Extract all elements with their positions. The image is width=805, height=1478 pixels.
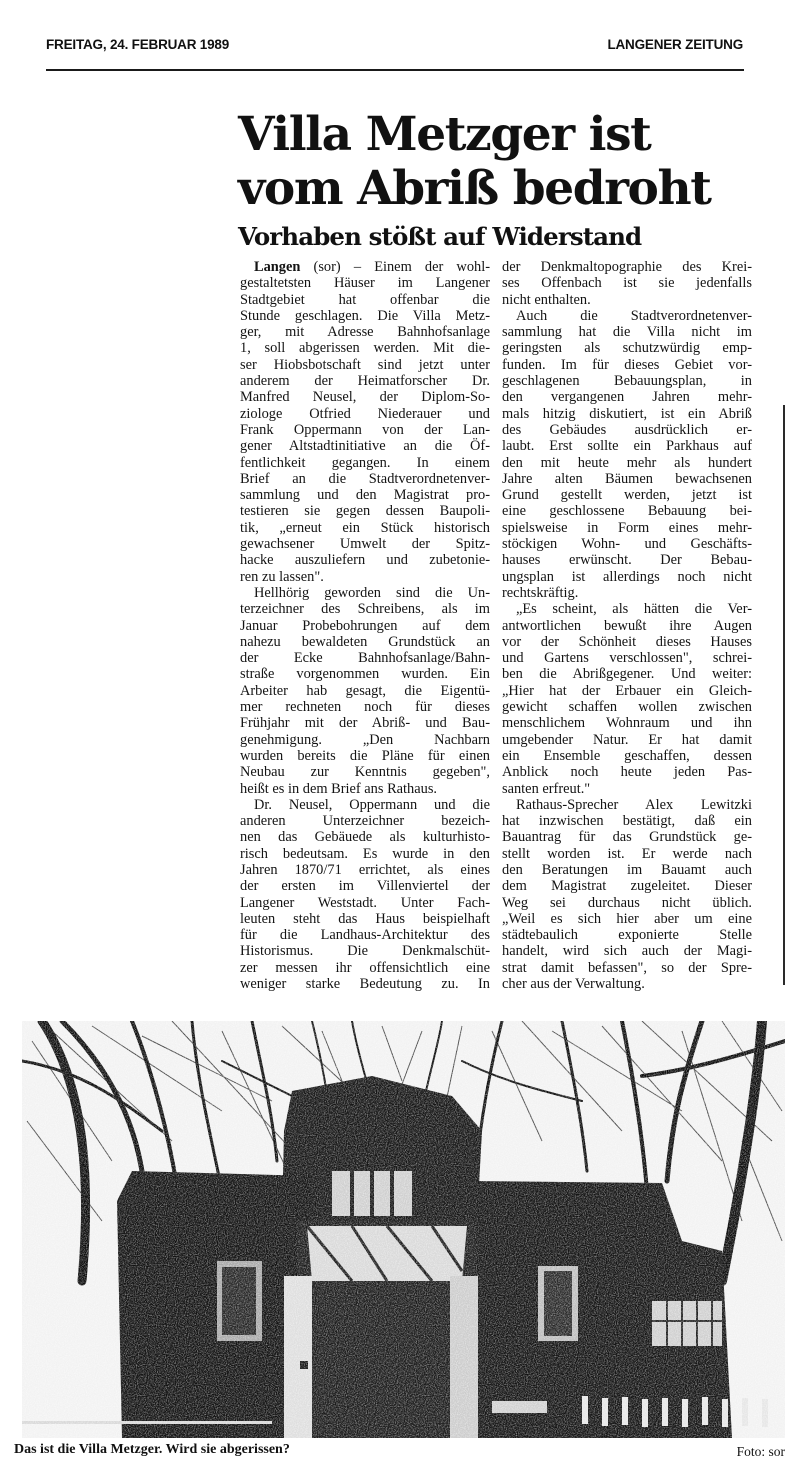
article-line: handelt, wird sich auch der Magi- [502,943,752,959]
article-line: ses Offenbach ist sie jedenfalls [502,275,752,291]
article-line: „Es scheint, als hätten die Ver- [502,601,752,617]
article-line: Historismus. Die Denkmalschüt- [240,943,490,959]
headline-line-2: vom Abriß bedroht [238,161,711,216]
article-line: umgebender Natur. Er hat damit [502,732,752,748]
article-line: Weg sei durchaus nicht üblich. [502,895,752,911]
article-line: geringsten als schutzwürdig emp- [502,340,752,356]
article-line: Brief an die Stadtverordnetenver- [240,471,490,487]
article-line: Stadtgebiet hat offenbar die [240,292,490,308]
article-line: eine geschlossene Bebauung bei- [502,503,752,519]
article-line: nahezu bewaldeten Grundstück an [240,634,490,650]
article-line: rechtskräftig. [502,585,752,601]
article-line: vor der Schönheit dieses Hauses [502,634,752,650]
dateline: Langen [254,259,300,275]
article-line: antwortlichen bewußt ihre Augen [502,618,752,634]
article-line: ren zu lassen". [240,569,490,585]
article-line: hauses erwünscht. Der Bebau- [502,552,752,568]
article-line: Stunde geschlagen. Die Villa Metz- [240,308,490,324]
article-line: zer messen ihr offensichtlich eine [240,960,490,976]
article-line: spielsweise in Form eines mehr- [502,520,752,536]
article-line: funden. Im für dieses Gebiet vor- [502,357,752,373]
article-line: anderen Unterzeichner bezeich- [240,813,490,829]
headline-line-1: Villa Metzger ist [238,107,650,162]
side-rule [783,405,785,985]
article-line: straße vorgenommen wurden. Ein [240,666,490,682]
article-line: ger, mit Adresse Bahnhofsanlage [240,324,490,340]
article-line: stellt worden ist. Er werde nach [502,846,752,862]
article-line: der Denkmaltopographie des Krei- [502,259,752,275]
article-line: leuten steht das Haus beispielhaft [240,911,490,927]
article-line: mer rechneten noch für dieses [240,699,490,715]
article-line: heißt es in dem Brief ans Rathaus. [240,781,490,797]
article-line: dem Magistrat zugeleitet. Dieser [502,878,752,894]
article-line: und Gartens verschlossen", schrei- [502,650,752,666]
article-line: genehmigung. „Den Nachbarn [240,732,490,748]
article-line: laubt. Erst sollte ein Parkhaus auf [502,438,752,454]
article-line: Bauantrag für das Grundstück ge- [502,829,752,845]
article-line: hat inzwischen bestätigt, daß ein [502,813,752,829]
article-line: ser Hiobsbotschaft sind jetzt unter [240,357,490,373]
article-line: cher aus der Verwaltung. [502,976,752,992]
article-line: Arbeiter hab gesagt, die Eigentü- [240,683,490,699]
article-line: nicht enthalten. [502,292,752,308]
article-line: anderem der Heimatforscher Dr. [240,373,490,389]
article-line: den mit heute mehr als hundert [502,455,752,471]
article-column-right: der Denkmaltopographie des Krei-ses Offe… [502,259,752,992]
article-line: Langen (sor) – Einem der wohl- [240,259,490,275]
article-line: Frühjahr mit der Abriß- und Bau- [240,715,490,731]
article-line: Grund gestellt werden, jetzt ist [502,487,752,503]
article-line: ungsplan ist allerdings noch nicht [502,569,752,585]
article-line: Hellhörig geworden sind die Un- [240,585,490,601]
headline: Villa Metzger ist vom Abriß bedroht [238,108,758,216]
photo-credit: Foto: sor [737,1444,785,1460]
article-line: menschlichem Wohnraum und ihn [502,715,752,731]
article-column-left: Langen (sor) – Einem der wohl-gestaltets… [240,259,490,992]
article-line: Neubau zur Kenntnis gegeben", [240,764,490,780]
article-line: santen erfreut." [502,781,752,797]
photo-caption: Das ist die Villa Metzger. Wird sie abge… [14,1442,290,1458]
article-line: Frank Oppermann von der Lan- [240,422,490,438]
article-line: hacke auszuliefern und zubetonie- [240,552,490,568]
article-line: den Beratungen im Bauamt auch [502,862,752,878]
article-line: des Gebäudes ausdrücklich er- [502,422,752,438]
article-line: terzeichner des Schreibens, als im [240,601,490,617]
villa-photo [22,1021,785,1438]
article-line: nen das Gebäuede als kulturhisto- [240,829,490,845]
article-line: strat damit befassen", so der Spre- [502,960,752,976]
article-line: gewachsener Umwelt der Spitz- [240,536,490,552]
article-line: ein Ensemble geschaffen, dessen [502,748,752,764]
article-line: gener Altstadtinitiative an die Öf- [240,438,490,454]
masthead-rule [46,69,744,71]
article-line: 1, soll abgerissen werden. Mit die- [240,340,490,356]
article-line: Dr. Neusel, Oppermann und die [240,797,490,813]
article-line: städtebaulich exponierte Stelle [502,927,752,943]
article-line: sammlung hat die Villa nicht im [502,324,752,340]
masthead-date: FREITAG, 24. FEBRUAR 1989 [46,37,229,52]
article-line: risch bedeutsam. Es wurde in den [240,846,490,862]
article-line: der ersten im Villenviertel der [240,878,490,894]
article-line: geschlagenen Bebauungsplan, in [502,373,752,389]
masthead-newspaper-name: LANGENER ZEITUNG [607,37,743,52]
article-line: Jahren 1870/71 errichtet, als eines [240,862,490,878]
article-line: Januar Probebohrungen auf dem [240,618,490,634]
article-line: der Ecke Bahnhofsanlage/Bahn- [240,650,490,666]
article-line: „Weil es sich hier aber um eine [502,911,752,927]
article-line: Langener Weststadt. Unter Fach- [240,895,490,911]
article-line: fentlichkeit gegangen. In einem [240,455,490,471]
article-line: mals hitzig diskutiert, ist ein Abriß [502,406,752,422]
article-line: ziologe Otfried Niederauer und [240,406,490,422]
article-line: testieren sie gegen dessen Baupoli- [240,503,490,519]
article-line: tik, „erneut ein Stück historisch [240,520,490,536]
article-line: stöckigen Wohn- und Geschäfts- [502,536,752,552]
article-line: gestaltetsten Häuser im Langener [240,275,490,291]
article-line: Auch die Stadtverordnetenver- [502,308,752,324]
article-line: „Hier hat der Erbauer ein Gleich- [502,683,752,699]
article-line: sammlung und den Magistrat pro- [240,487,490,503]
article-line: den vergangenen Jahren mehr- [502,389,752,405]
article-line: gewicht schaffen wollen zwischen [502,699,752,715]
article-line: Jahre alten Bäumen bewachsenen [502,471,752,487]
article-line: wurden bereits die Pläne für einen [240,748,490,764]
article-line: Manfred Neusel, der Diplom-So- [240,389,490,405]
subheadline: Vorhaben stößt auf Widerstand [238,222,641,251]
article-line: weniger starke Bedeutung zu. In [240,976,490,992]
article-line: ben die Abrißgegener. Und weiter: [502,666,752,682]
article-line: für die Landhaus-Architektur des [240,927,490,943]
article-line: Rathaus-Sprecher Alex Lewitzki [502,797,752,813]
article-line: Anblick noch heute jeden Pas- [502,764,752,780]
